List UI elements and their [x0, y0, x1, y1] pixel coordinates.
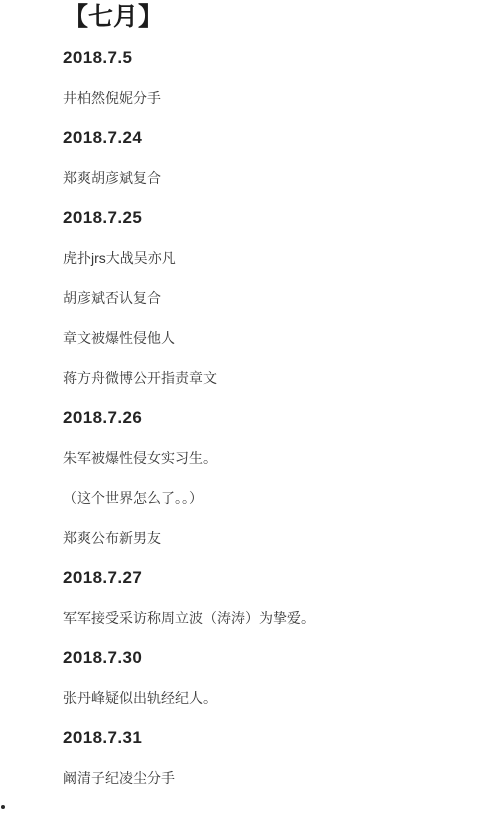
article-page: 【七月】 2018.7.5 井柏然倪妮分手 2018.7.24 郑爽胡彦斌复合 … — [0, 0, 500, 787]
date-heading: 2018.7.25 — [63, 209, 480, 227]
date-heading: 2018.7.27 — [63, 569, 480, 587]
event-line: 郑爽公布新男友 — [63, 529, 480, 547]
event-line: 蒋方舟微博公开指责章文 — [63, 369, 480, 387]
date-heading: 2018.7.5 — [63, 49, 480, 67]
event-line: 阚清子纪凌尘分手 — [63, 769, 480, 787]
event-line: 井柏然倪妮分手 — [63, 89, 480, 107]
event-line: 郑爽胡彦斌复合 — [63, 169, 480, 187]
event-line: 胡彦斌否认复合 — [63, 289, 480, 307]
month-title: 【七月】 — [63, 2, 480, 32]
date-heading: 2018.7.24 — [63, 129, 480, 147]
date-heading: 2018.7.26 — [63, 409, 480, 427]
event-line: 张丹峰疑似出轨经纪人。 — [63, 689, 480, 707]
event-line: 朱军被爆性侵女实习生。 — [63, 449, 480, 467]
event-line: （这个世界怎么了。。） — [63, 489, 480, 507]
event-line: 虎扑jrs大战吴亦凡 — [63, 249, 480, 267]
stray-mark — [1, 805, 5, 809]
date-heading: 2018.7.30 — [63, 649, 480, 667]
date-heading: 2018.7.31 — [63, 729, 480, 747]
event-line: 军军接受采访称周立波（涛涛）为挚爱。 — [63, 609, 480, 627]
event-line: 章文被爆性侵他人 — [63, 329, 480, 347]
